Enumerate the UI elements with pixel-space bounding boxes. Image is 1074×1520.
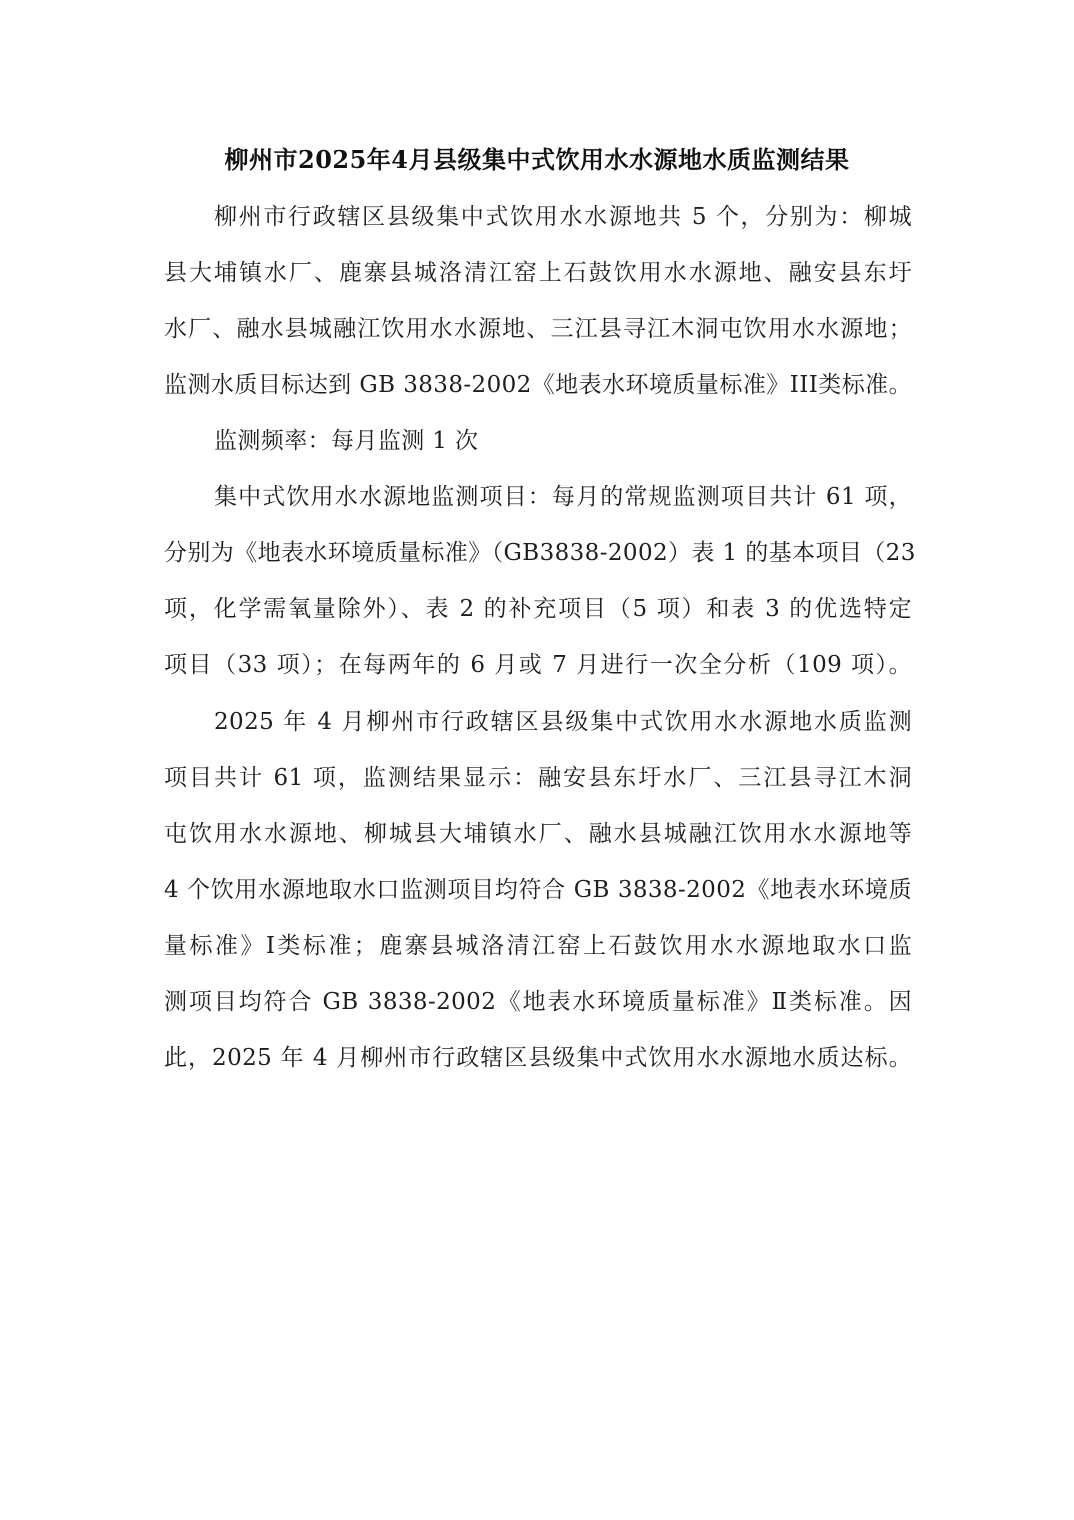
paragraph-line: 分别为《地表水环境质量标准》（GB3838-2002）表 1 的基本项目（23	[164, 533, 912, 573]
paragraph-line: 监测水质目标达到 GB 3838-2002《地表水环境质量标准》III类标准。	[164, 365, 912, 405]
paragraph-line: 项目（33 项）；在每两年的 6 月或 7 月进行一次全分析（109 项）。	[164, 645, 912, 685]
paragraph-line: 县大埔镇水厂、鹿寨县城洛清江窑上石鼓饮用水水源地、融安县东圩	[164, 253, 912, 293]
paragraph-line: 项，化学需氧量除外）、表 2 的补充项目（5 项）和表 3 的优选特定	[164, 589, 912, 629]
paragraph-line: 测项目均符合 GB 3838-2002《地表水环境质量标准》Ⅱ类标准。因	[164, 982, 912, 1022]
paragraph-line: 柳州市行政辖区县级集中式饮用水水源地共 5 个，分别为：柳城	[214, 197, 912, 237]
document-page: 柳州市2025年4月县级集中式饮用水水源地水质监测结果 柳州市行政辖区县级集中式…	[0, 0, 1074, 1520]
document-title: 柳州市2025年4月县级集中式饮用水水源地水质监测结果	[0, 140, 1074, 180]
paragraph-line: 集中式饮用水水源地监测项目：每月的常规监测项目共计 61 项，	[214, 477, 912, 517]
paragraph-line: 屯饮用水水源地、柳城县大埔镇水厂、融水县城融江饮用水水源地等	[164, 814, 912, 854]
paragraph-line: 水厂、融水县城融江饮用水水源地、三江县寻江木洞屯饮用水水源地；	[164, 309, 912, 349]
paragraph-line: 项目共计 61 项，监测结果显示：融安县东圩水厂、三江县寻江木洞	[164, 758, 912, 798]
paragraph-line: 2025 年 4 月柳州市行政辖区县级集中式饮用水水源地水质监测	[214, 702, 912, 742]
paragraph-line: 4 个饮用水源地取水口监测项目均符合 GB 3838-2002《地表水环境质	[164, 870, 912, 910]
paragraph-line: 此，2025 年 4 月柳州市行政辖区县级集中式饮用水水源地水质达标。	[164, 1038, 912, 1078]
paragraph-line: 量标准》Ⅰ类标准；鹿寨县城洛清江窑上石鼓饮用水水源地取水口监	[164, 926, 912, 966]
paragraph-line: 监测频率：每月监测 1 次	[214, 421, 478, 461]
